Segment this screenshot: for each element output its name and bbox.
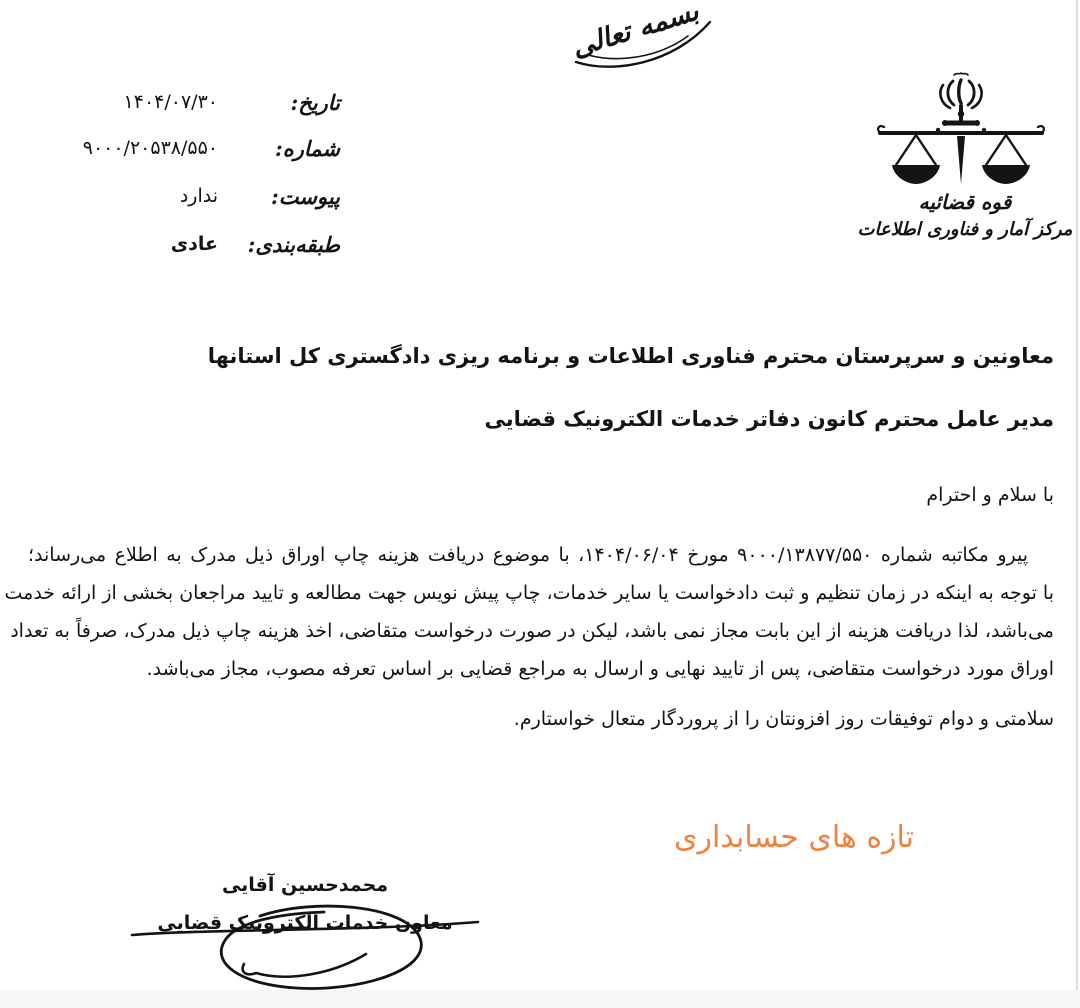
judiciary-logo: قوه قضائیه مرکز آمار و فناوری اطلاعات [852,70,1078,240]
classification-value: عادی [171,233,218,255]
letter-page: بسمه تعالی تاریخ: ۱۴۰۴/۰۷/۳۰ شماره: ۹۰۰۰… [0,0,1080,1008]
bismillah-calligraphy: بسمه تعالی [548,0,738,80]
meta-row-date: تاریخ: ۱۴۰۴/۰۷/۳۰ [14,84,340,120]
body-line-1: پیرو مکاتبه شماره ۹۰۰۰/۱۳۸۷۷/۵۵۰ مورخ ۱۴… [28,536,1054,574]
attachment-value: ندارد [180,185,218,207]
recipient-line-1: معاونین و سرپرستان محترم فناوری اطلاعات … [28,340,1054,372]
recipients-block: معاونین و سرپرستان محترم فناوری اطلاعات … [28,340,1054,466]
body-paragraph: پیرو مکاتبه شماره ۹۰۰۰/۱۳۸۷۷/۵۵۰ مورخ ۱۴… [28,536,1054,688]
body-line-3: می‌باشد، لذا دریافت هزینه از این بابت مج… [28,612,1054,650]
attachment-label: پیوست: [244,184,340,209]
body-line-4: اوراق مورد درخواست متقاضی، پس از تایید ن… [28,650,1054,688]
meta-row-classification: طبقه‌بندی: عادی [14,226,340,262]
meta-row-attachment: پیوست: ندارد [14,178,340,214]
number-label: شماره: [244,136,340,161]
date-label: تاریخ: [244,90,340,115]
body-line-2: با توجه به اینکه در زمان تنظیم و ثبت داد… [28,574,1054,612]
salutation: با سلام و احترام [28,484,1054,506]
org-name-line1: قوه قضائیه [852,190,1078,214]
org-name-line2: مرکز آمار و فناوری اطلاعات [852,219,1078,240]
meta-row-number: شماره: ۹۰۰۰/۲۰۵۳۸/۵۵۰ [14,130,340,166]
signature-block: محمدحسین آقایی معاون خدمات الکترونیک قضا… [140,872,470,936]
judiciary-scales-emblem-icon [870,70,1060,188]
page-edge-line [1076,0,1078,1008]
classification-label: طبقه‌بندی: [244,232,340,257]
watermark-text: تازه های حسابداری [648,820,940,855]
date-value: ۱۴۰۴/۰۷/۳۰ [124,91,218,113]
number-value: ۹۰۰۰/۲۰۵۳۸/۵۵۰ [83,137,218,159]
page-bottom-strip [0,990,1080,1008]
closing-line: سلامتی و دوام توفیقات روز افزونتان را از… [28,708,1054,730]
recipient-line-2: مدیر عامل محترم کانون دفاتر خدمات الکترو… [28,403,1054,435]
